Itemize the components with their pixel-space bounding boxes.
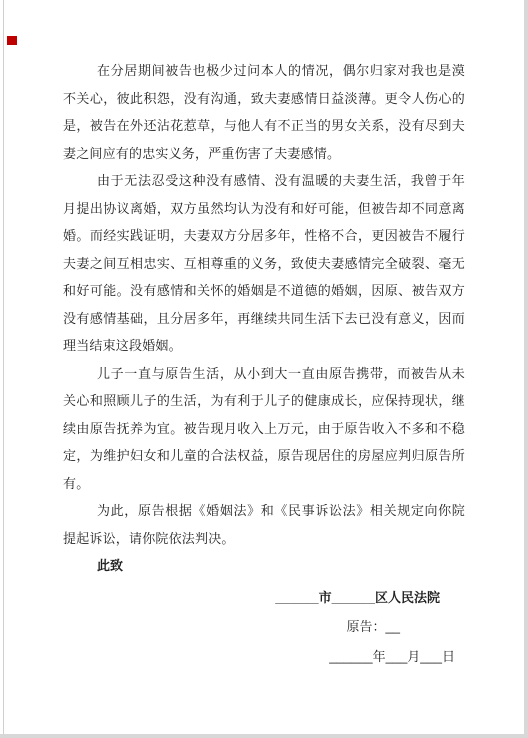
paragraph-separation: 在分居期间被告也极少过问本人的情况，偶尔归家对我也是漠不关心，彼此积怨，没有沟通… — [63, 57, 465, 167]
paragraph-child-custody: 儿子一直与原告生活，从小到大一直由原告携带，而被告从未关心和照顾儿子的生活，为有… — [63, 360, 465, 498]
court-name-line: ______市______区人民法院 — [63, 584, 440, 612]
document-content: 在分居期间被告也极少过问本人的情况，偶尔归家对我也是漠不关心，彼此积怨，没有沟通… — [0, 0, 528, 670]
paragraph-divorce-attempt: 由于无法忍受这种没有感情、没有温暖的夫妻生活，我曾于年月提出协议离婚，双方虽然均… — [63, 167, 465, 360]
document-page: 在分居期间被告也极少过问本人的情况，偶尔归家对我也是漠不关心，彼此积怨，没有沟通… — [0, 0, 528, 738]
paragraph-legal-basis: 为此，原告根据《婚姻法》和《民事诉讼法》相关规定向你院提起诉讼，请你院依法判决。 — [63, 497, 465, 552]
salute-cizhi: 此致 — [63, 552, 465, 580]
date-line: ______年___月___日 — [63, 643, 455, 671]
plaintiff-signature-line: 原告：__ — [63, 613, 400, 641]
page-edge-bottom — [0, 734, 524, 738]
